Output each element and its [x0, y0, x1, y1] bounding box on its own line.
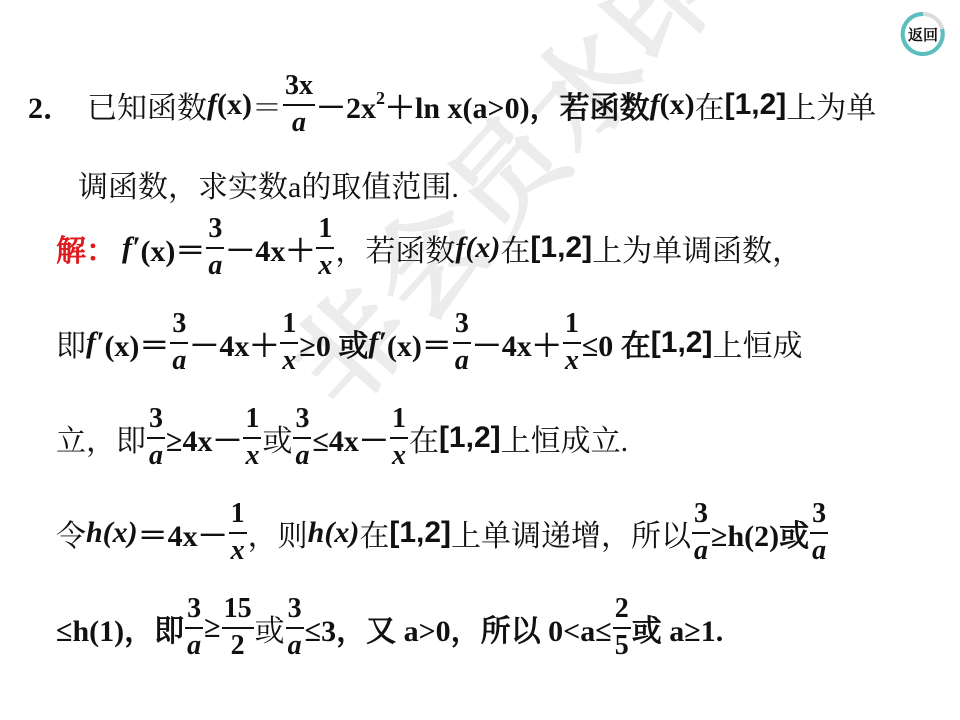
fraction: 3x a: [283, 72, 315, 137]
return-label: 返回: [908, 24, 938, 45]
solution-line-3: 立，即 3a ≥4x－ 1x 或 3a ≤4x－ 1x 在 [1,2] 上恒成立…: [56, 405, 628, 470]
solution-line-1: 解： f′ (x)＝ 3a －4x＋ 1x ，若函数 f(x) 在 [1,2] …: [56, 215, 802, 280]
solution-line-4: 令 h(x) ＝4x－ 1x ，则 h(x) 在 [1,2] 上单调递增，所以 …: [56, 500, 829, 565]
problem-line-1: 2． 已知函数 f (x) ＝ 3x a －2x2 ＋ln x(a>0)，若函数…: [28, 72, 876, 137]
solution-label: 解：: [56, 226, 116, 270]
solution-line-5: ≤h(1)，即 3a ≥ 152 或 3a ≤3，又 a>0，所以 0<a≤ 2…: [56, 595, 723, 660]
interval: [1,2]: [725, 88, 787, 122]
solution-line-2: 即 f′ (x)＝ 3a －4x＋ 1x ≥0 或 f′ (x)＝ 3a －4x…: [56, 310, 802, 375]
problem-number: 2．: [28, 83, 73, 127]
return-button[interactable]: 返回: [898, 12, 948, 56]
problem-line-2: 调函数，求实数a的取值范围.: [78, 162, 459, 206]
